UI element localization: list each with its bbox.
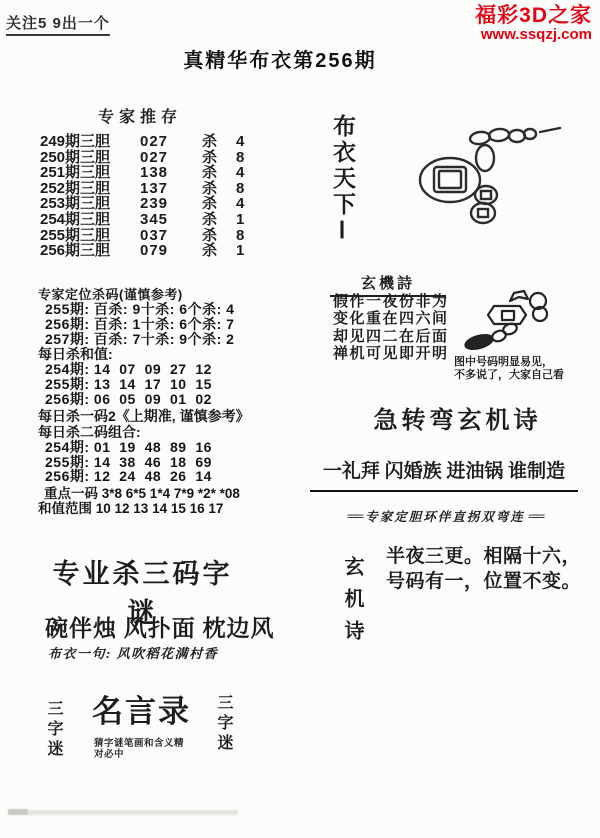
- scan-artifact: [28, 810, 238, 815]
- key-one-value: 3*8 6*5 1*4 7*9 *2* *08: [102, 486, 240, 501]
- key-one-label: 重点一码: [44, 486, 98, 501]
- lottery-flyer-page: 关注5 9出一个 福彩3D之家 www.ssqzj.com 真精华布衣第256期…: [0, 0, 600, 838]
- daily-two-kill-title: 每日杀二码组合:: [38, 425, 303, 440]
- famous-quotes-title: 名言录: [92, 686, 191, 731]
- poem-line: 变化重在四六间: [333, 310, 449, 327]
- top-note: 关注5 9出一个: [6, 12, 110, 36]
- xuanji-box-lines: 半夜三更。相隔十六， 号码有一，位置不变。: [386, 544, 581, 594]
- daily-two-kill-row: 254期: 01 19 48 89 16: [38, 440, 303, 455]
- dash-decoration: ══: [348, 509, 362, 524]
- three-char-riddle-right: 三字迷: [212, 694, 235, 754]
- expert-recommend-rows: 249期三胆027杀4 250期三胆027杀8 251期三胆138杀4 252期…: [40, 134, 290, 259]
- daily-sum-kill-title: 每日杀和值:: [38, 347, 303, 362]
- position-kill-row: 256期: 百杀: 1十杀: 6个杀: 7: [38, 317, 303, 332]
- table-row: 251期三胆138杀4: [40, 165, 290, 181]
- site-logo: 福彩3D之家 www.ssqzj.com: [475, 5, 592, 43]
- daily-sum-kill-row: 255期: 13 14 17 10 15: [38, 377, 303, 392]
- poem-line: 半夜三更。相隔十六，: [386, 544, 581, 569]
- table-row: 250期三胆027杀8: [40, 150, 290, 166]
- number-sketch-illustration: [450, 283, 570, 355]
- sum-range-value: 10 12 13 14 15 16 17: [96, 501, 224, 516]
- table-row: 253期三胆239杀4: [40, 196, 290, 212]
- daily-two-kill-row: 256期: 12 24 48 26 14: [38, 469, 303, 484]
- sum-range-line: 和值范围 10 12 13 14 15 16 17: [38, 501, 303, 516]
- three-code-riddle-line: 碗伴烛 风扑面 枕边风: [45, 610, 295, 643]
- sum-range-label: 和值范围: [38, 501, 92, 516]
- expert-recommend-section: 专家推存 249期三胆027杀4 250期三胆027杀8 251期三胆138杀4…: [40, 104, 290, 259]
- three-char-riddle-left: 三字迷: [42, 700, 65, 760]
- daily-sum-kill-row: 254期: 14 07 09 27 12: [38, 362, 303, 377]
- site-brand: 福彩3D之家: [475, 5, 592, 27]
- buyi-tianxia-vertical-title: 布衣天下Ⅰ: [326, 114, 359, 247]
- caption-line: 猜字谜笔画和含义精: [94, 738, 204, 749]
- coin-sketch-illustration: [412, 110, 592, 250]
- poem-line: 假作一夜份非为: [333, 293, 449, 310]
- position-kill-row: 257期: 百杀: 7十杀: 9个杀: 2: [38, 332, 303, 347]
- sharp-turn-poem-line: 一礼拜 闪婚族 进油锅 谁制造: [310, 456, 578, 492]
- dash-decoration: ══: [529, 509, 543, 524]
- caption-line: 对必中: [94, 749, 204, 760]
- daily-two-kill-row: 255期: 14 38 46 18 69: [38, 455, 303, 470]
- poem-line: 禅机可见即开明: [333, 345, 449, 362]
- poem-line: 号码有一，位置不变。: [386, 569, 581, 594]
- expert-dan-text: 专家定胆环伴直拐双弯连: [365, 507, 525, 525]
- xuanji-poem: 假作一夜份非为 变化重在四六间 却见四二在后面 禅机可见即开明: [333, 293, 449, 362]
- poem-line: 却见四二在后面: [333, 328, 449, 345]
- sketch-caption: 图中号码明显易见， 不多说了，大家自己看: [454, 356, 564, 382]
- daily-one-kill-line: 每日杀一码2《上期准, 谨慎参考》: [38, 408, 303, 424]
- table-row: 254期三胆345杀1: [40, 212, 290, 228]
- page-title: 真精华布衣第256期: [0, 44, 560, 73]
- table-row: 255期三胆037杀8: [40, 228, 290, 244]
- sharp-turn-poem-title: 急转弯玄机诗: [340, 400, 575, 435]
- caption-line: 图中号码明显易见，: [454, 356, 564, 369]
- famous-quotes-caption: 猜字谜笔画和含义精 对必中: [94, 738, 204, 760]
- buyi-sentence: 布衣一句: 风吹稻花满村香: [48, 643, 218, 662]
- scan-artifact: [8, 809, 28, 815]
- daily-sum-kill-row: 256期: 06 05 09 01 02: [38, 392, 303, 407]
- expert-recommend-title: 专家推存: [40, 104, 240, 127]
- key-one-line: 重点一码 3*8 6*5 1*4 7*9 *2* *08: [38, 486, 303, 501]
- position-kill-row: 255期: 百杀: 9十杀: 6个杀: 4: [38, 302, 303, 317]
- site-url: www.ssqzj.com: [475, 27, 592, 43]
- kill-data-section: 专家定位杀码(谨慎参考) 255期: 百杀: 9十杀: 6个杀: 4 256期:…: [38, 287, 303, 516]
- position-kill-title: 专家定位杀码(谨慎参考): [38, 287, 303, 302]
- xuanji-box-vertical-title: 玄机诗: [338, 556, 367, 652]
- expert-dan-line: ══ 专家定胆环伴直拐双弯连 ══: [315, 507, 575, 525]
- table-row: 249期三胆027杀4: [40, 134, 290, 150]
- caption-line: 不多说了，大家自己看: [454, 369, 564, 382]
- table-row: 256期三胆079杀1: [40, 243, 290, 259]
